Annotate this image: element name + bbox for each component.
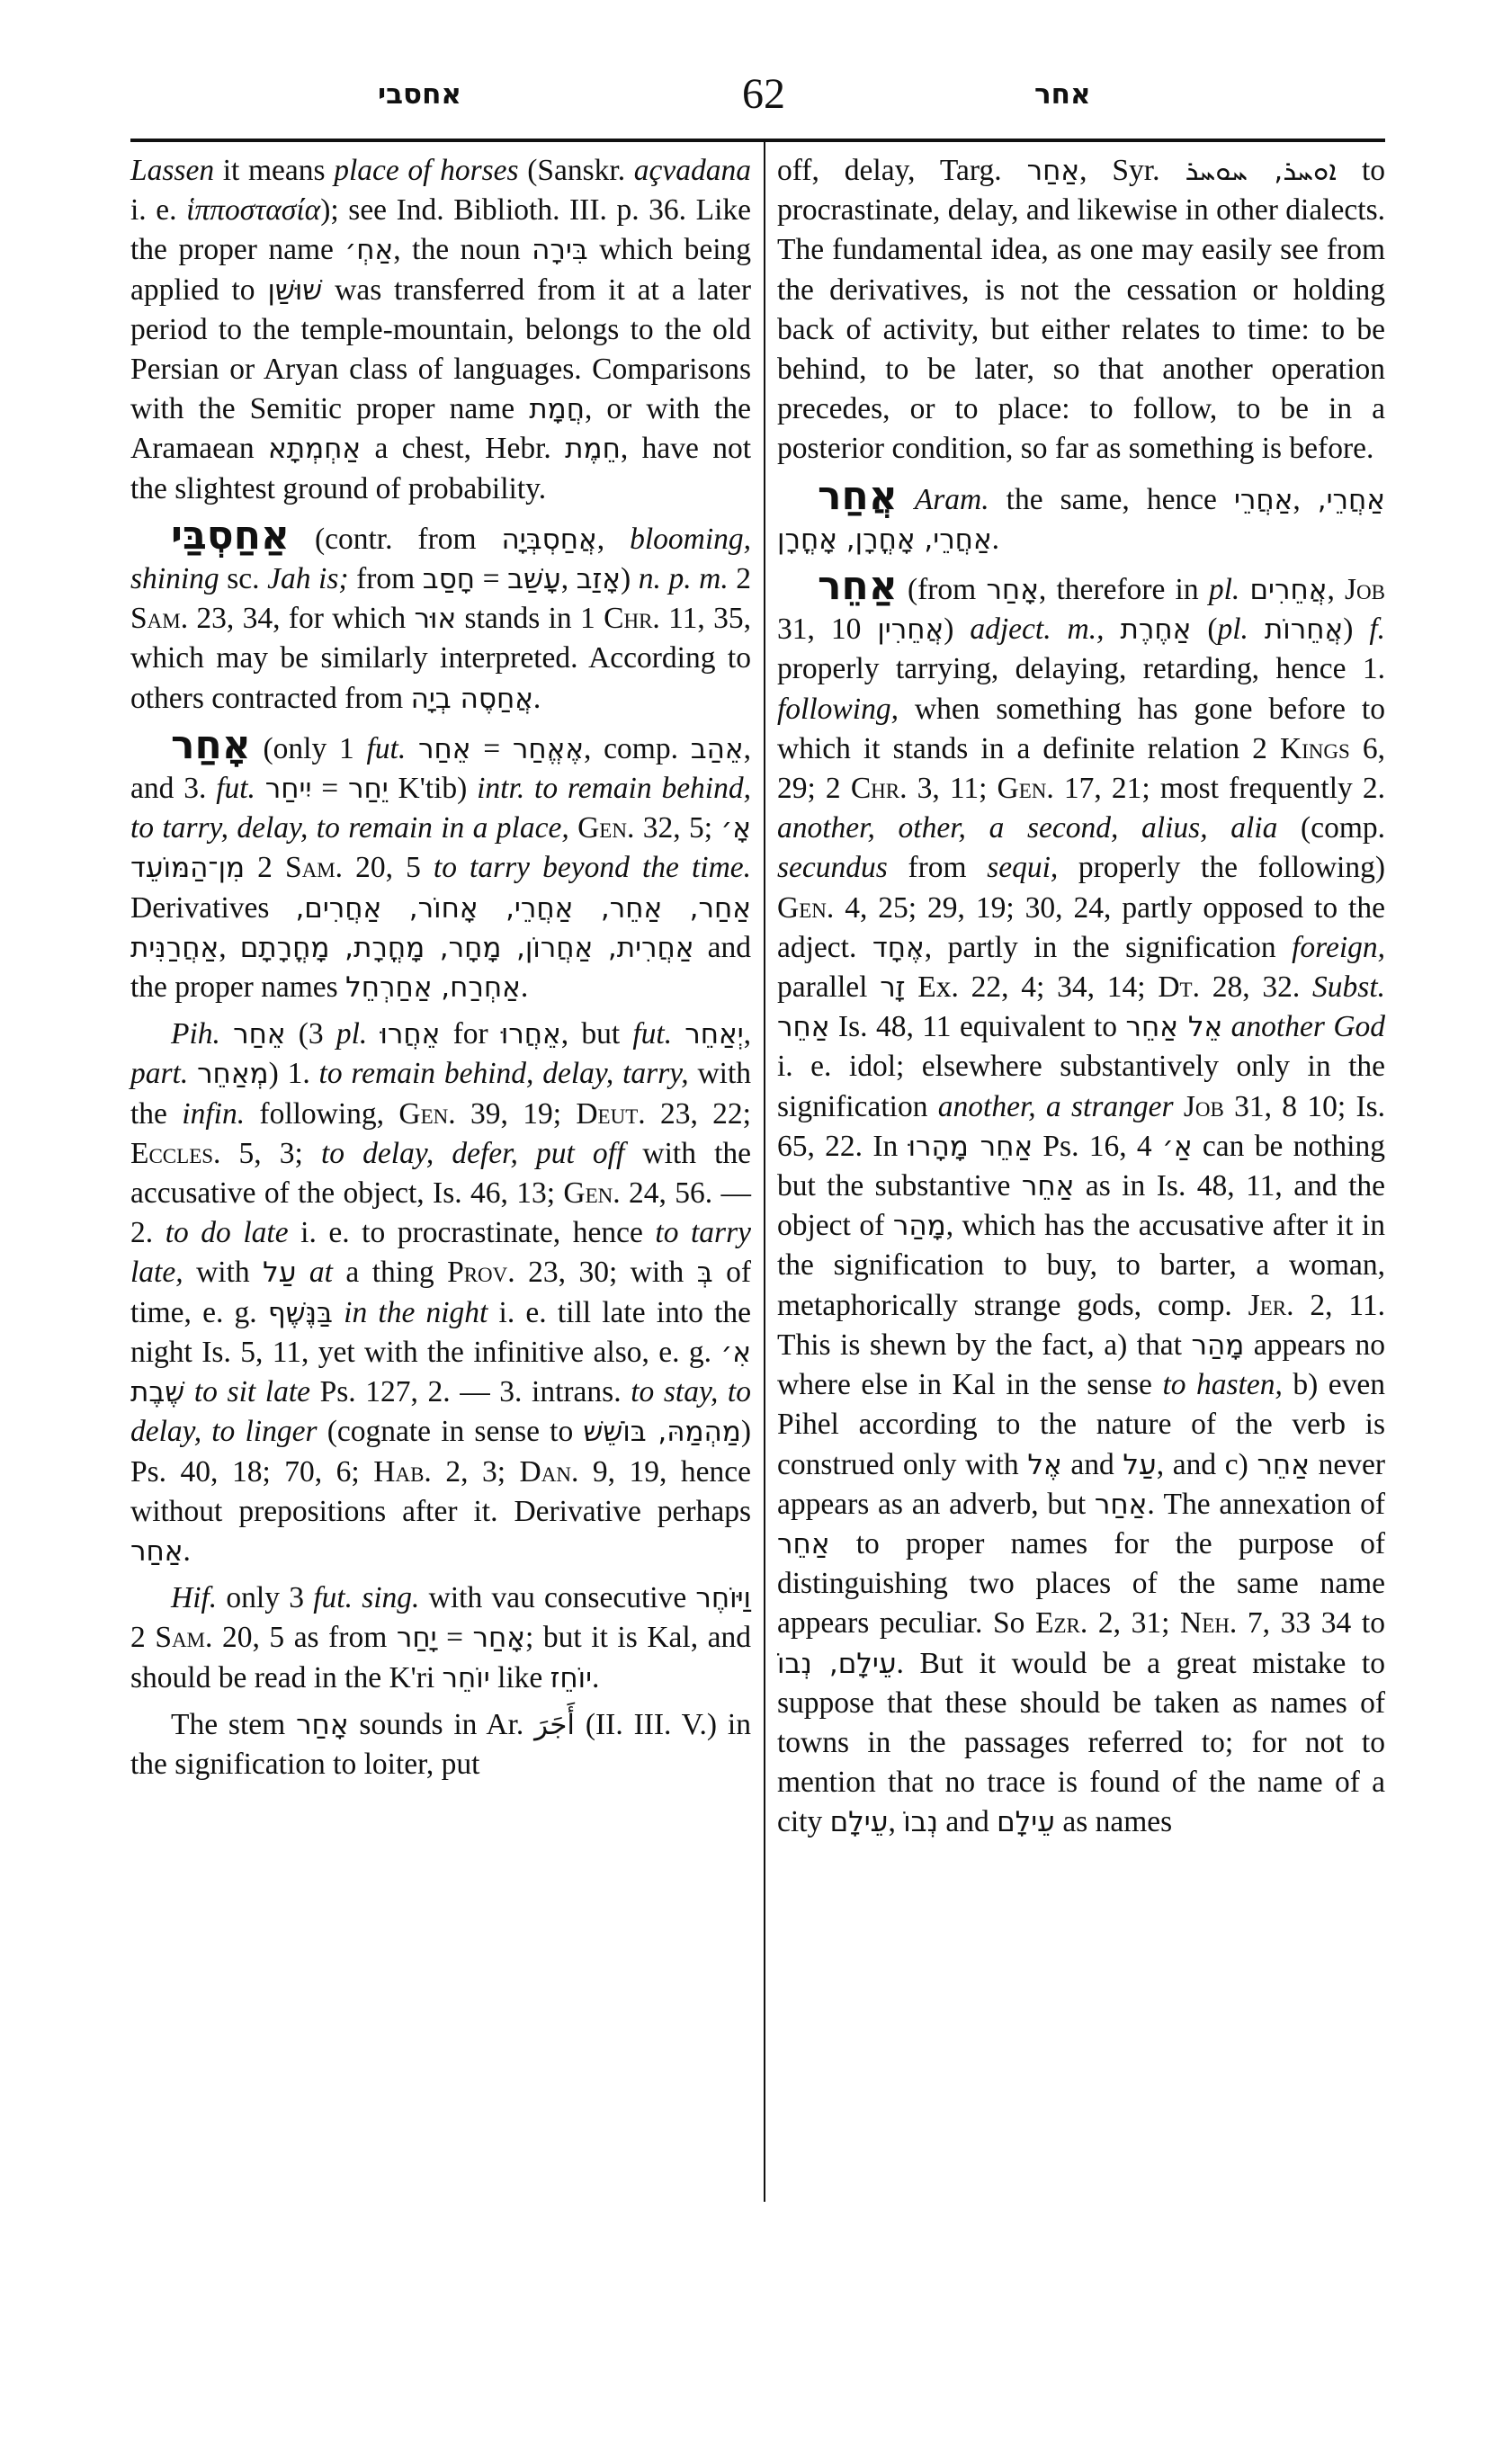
entry-paragraph: off, delay, Targ. אַחַר, Syr. ܐܘܚܪ, ܚܘܚܪ… <box>777 151 1385 469</box>
hebrew-word: עָשַׁב <box>507 563 561 595</box>
body-text: like <box>490 1661 550 1694</box>
hebrew-word: בְּ <box>697 1256 713 1289</box>
body-text <box>1248 612 1265 646</box>
hebrew-word: אֲחֵרוֹת <box>1265 613 1343 646</box>
body-text: 7, 33 34 to <box>1237 1606 1385 1640</box>
hebrew-word: אַ׳ <box>1162 1131 1193 1163</box>
body-text: i. e. to procrastinate, hence <box>289 1216 656 1249</box>
book-abbrev: Gen. <box>777 891 834 925</box>
body-text: parallel <box>777 970 880 1004</box>
body-text: with vau consecutive <box>419 1581 695 1614</box>
body-text <box>672 1017 684 1051</box>
hebrew-word: אַחֵר מָהָרוּ <box>908 1131 1033 1163</box>
body-text <box>898 483 915 516</box>
book-abbrev: Chr. <box>851 772 908 805</box>
hebrew-word: אֲחֵרִים <box>1249 574 1327 606</box>
body-text: , <box>744 1017 751 1051</box>
body-text: 31, 10 <box>777 612 877 646</box>
italic-text: Hif. <box>171 1581 217 1614</box>
body-text: (3 <box>286 1017 336 1051</box>
hebrew-word: וַיּוֹחֶר <box>695 1582 751 1614</box>
italic-text: Lassen <box>130 154 214 187</box>
entry-paragraph: אָחַר (only 1 fut. אֵחַר = אֶאֱחַר, comp… <box>130 726 751 1007</box>
body-text: , and c) <box>1157 1448 1257 1481</box>
hebrew-word: חֵמֶת <box>565 433 621 465</box>
hebrew-word: אֲחַסֶה בְיָה <box>411 683 533 715</box>
body-text: . <box>521 970 528 1004</box>
body-text: 32, 5; <box>634 811 720 845</box>
hebrew-word: אֲחֵרִין <box>877 613 944 646</box>
body-text: 2 <box>130 1621 155 1654</box>
hebrew-word: עֵילָם <box>997 1806 1055 1838</box>
hebrew-word: أَجَرَ <box>534 1709 575 1741</box>
body-text <box>220 1017 233 1051</box>
header-rule <box>130 139 1385 142</box>
book-abbrev: Sam. <box>130 602 188 635</box>
body-text: and <box>938 1805 997 1838</box>
body-text: , Syr. <box>1079 154 1185 187</box>
italic-text: adject. m., <box>970 612 1104 646</box>
body-text: i. e. <box>130 193 186 227</box>
hebrew-word: אַחֵר <box>777 1011 829 1043</box>
entry-paragraph: The stem אָחַר sounds in Ar. أَجَرَ (II.… <box>130 1705 751 1784</box>
body-text: 39, 19; <box>456 1097 577 1131</box>
book-abbrev: Sam. <box>155 1621 212 1654</box>
hebrew-word: ܐܘܚܪ, ܚܘܚܪ <box>1185 155 1337 187</box>
hebrew-word: אָחַר <box>986 574 1038 606</box>
hebrew-word: אַחְמְתָא <box>268 433 361 465</box>
book-abbrev: Jer. <box>1248 1289 1294 1322</box>
italic-text: fut. <box>632 1017 672 1051</box>
body-text: following, <box>245 1097 398 1131</box>
body-text: Derivatives <box>130 891 295 925</box>
body-text: from <box>349 562 423 595</box>
hebrew-word: יְאַחֵר <box>684 1018 743 1051</box>
italic-text: pl. <box>336 1017 367 1051</box>
body-text: = <box>475 562 507 595</box>
italic-text: to tarry beyond the time. <box>434 851 751 884</box>
body-text: . <box>592 1661 599 1694</box>
body-text: 20, 5 <box>343 851 434 884</box>
body-text: 2 <box>245 851 285 884</box>
body-text: 28, 32. <box>1200 970 1312 1004</box>
body-text: , the noun <box>393 233 532 266</box>
hebrew-word: אֶחָד <box>872 932 925 964</box>
hebrew-word: אֵל אַחֵר <box>1125 1011 1222 1043</box>
hebrew-word: אוּר <box>415 603 457 635</box>
italic-text: ἱπποστασία <box>186 193 320 227</box>
italic-text: secundus <box>777 851 888 884</box>
hebrew-word: יוֹחֵר <box>443 1662 490 1694</box>
body-text: 23, 34, for which <box>188 602 414 635</box>
italic-text: at <box>309 1256 333 1289</box>
hebrew-word: יָחַר <box>397 1622 437 1654</box>
hebrew-word: עֵילָם <box>830 1806 889 1838</box>
book-abbrev: Eccles. <box>130 1137 220 1170</box>
body-text: from <box>888 851 987 884</box>
book-abbrev: Dt. <box>1158 970 1200 1004</box>
body-text <box>569 811 577 845</box>
body-text: , comp. <box>584 732 691 765</box>
hebrew-word: מָהַר <box>1191 1329 1244 1362</box>
body-text: , <box>597 523 630 556</box>
book-abbrev: Job <box>1345 573 1385 606</box>
italic-text: Jah is; <box>267 562 348 595</box>
body-text: with <box>183 1256 263 1289</box>
body-text: ) <box>1343 612 1369 646</box>
book-abbrev: Ezr. <box>1035 1606 1087 1640</box>
body-text: properly tarrying, delaying, retarding, … <box>777 652 1385 685</box>
page-number: 62 <box>742 54 785 135</box>
italic-text: another God <box>1231 1010 1385 1043</box>
body-text: it means <box>214 154 334 187</box>
body-text: (Sanskr. <box>519 154 634 187</box>
italic-text: place of horses <box>334 154 518 187</box>
hebrew-word: אֵחֲרוּ <box>380 1018 440 1051</box>
body-text: sc. <box>219 562 267 595</box>
body-text: . <box>992 523 999 556</box>
body-text: ) <box>621 562 639 595</box>
body-text <box>188 1057 197 1090</box>
italic-text: sequi, <box>987 851 1058 884</box>
right-headword: אחר <box>1034 54 1091 135</box>
hebrew-word: יֵחַר <box>348 773 389 805</box>
hebrew-word: אַחֵר <box>777 1528 829 1560</box>
body-text <box>367 1017 380 1051</box>
italic-text: to delay, defer, put off <box>321 1137 624 1170</box>
body-text: . <box>183 1534 190 1568</box>
italic-text: pl. <box>1209 573 1239 606</box>
hebrew-word: אַחֵר <box>1022 1170 1074 1203</box>
italic-text: pl. <box>1217 612 1248 646</box>
hebrew-word: אַחֲרֵי <box>1234 484 1293 516</box>
hebrew-word: אַחְ׳ <box>344 234 393 266</box>
italic-text: foreign, <box>1292 931 1385 964</box>
hebrew-word: אֶאֱחַר <box>513 733 584 765</box>
hebrew-word: יִיחַר <box>265 773 312 805</box>
book-abbrev: Gen. <box>563 1176 620 1210</box>
body-text: , but <box>561 1017 633 1051</box>
body-text: = <box>470 732 512 765</box>
right-column: off, delay, Targ. אַחַר, Syr. ܐܘܚܪ, ܚܘܚܪ… <box>777 151 1385 1843</box>
body-text <box>255 772 265 805</box>
body-text: 2, 3; <box>432 1455 520 1489</box>
body-text <box>406 732 418 765</box>
body-text: 17, 21; most frequently 2. <box>1054 772 1385 805</box>
italic-text: to hasten, <box>1162 1368 1282 1401</box>
italic-text: açvadana <box>634 154 751 187</box>
body-text: Ex. 22, 4; 34, 14; <box>905 970 1158 1004</box>
italic-text: infin. <box>182 1097 245 1131</box>
italic-text: Pih. <box>171 1017 220 1051</box>
italic-text: to remain behind, delay, tarry, <box>319 1057 689 1090</box>
hebrew-word: חֲמָת <box>529 393 585 425</box>
entry-paragraph: אַחֵר (from אָחַר, therefore in pl. אֲחֵ… <box>777 567 1385 1843</box>
body-text: ) 1. <box>269 1057 319 1090</box>
hebrew-word: אֶל <box>1027 1449 1061 1481</box>
body-text: Ps. 127, 2. — 3. intrans. <box>310 1375 631 1408</box>
column-divider <box>764 142 765 2202</box>
italic-text: to do late <box>166 1216 289 1249</box>
entry-headword: אַחַסְבַּי <box>171 513 290 559</box>
book-abbrev: Gen. <box>398 1097 455 1131</box>
body-text: 23, 30; with <box>515 1256 697 1289</box>
entry-headword: אָחַר <box>171 722 251 768</box>
entry-headword: אַחֵר <box>818 563 898 609</box>
body-text: a chest, Hebr. <box>361 432 565 465</box>
body-text: , <box>1293 483 1317 516</box>
body-text: , <box>888 1805 903 1838</box>
book-abbrev: Gen. <box>998 772 1054 805</box>
body-text: K'tib) <box>389 772 477 805</box>
hebrew-word: אָזַב <box>577 563 621 595</box>
book-abbrev: Deut. <box>576 1097 645 1131</box>
book-abbrev: Sam. <box>285 851 343 884</box>
body-text: properly the following) <box>1058 851 1385 884</box>
body-text: to procrastinate, delay, and likewise in… <box>777 154 1385 465</box>
body-text: Is. 48, 11 equivalent to <box>829 1010 1125 1043</box>
book-abbrev: Hab. <box>373 1455 432 1489</box>
book-abbrev: Chr. <box>604 602 660 635</box>
body-text <box>1222 1010 1230 1043</box>
body-text: stands in 1 <box>456 602 604 635</box>
body-text: for <box>440 1017 500 1051</box>
entry-paragraph: Lassen it means place of horses (Sanskr.… <box>130 151 751 509</box>
hebrew-word: חָסַב <box>423 563 475 595</box>
body-text: only 3 <box>217 1581 313 1614</box>
hebrew-word: אָחַר <box>473 1622 525 1654</box>
body-text: ) <box>944 612 970 646</box>
hebrew-word: עַל <box>1123 1449 1156 1481</box>
hebrew-word: שׁוּשַׁן <box>267 274 322 307</box>
hebrew-word: עֵילָם, נְבוֹ <box>777 1648 897 1680</box>
body-text: sounds in Ar. <box>349 1708 535 1741</box>
italic-text: fut. sing. <box>313 1581 419 1614</box>
italic-text: fut. <box>366 732 406 765</box>
body-text: (contr. from <box>290 523 502 556</box>
body-text: , <box>561 562 577 595</box>
book-abbrev: Dan. <box>520 1455 579 1489</box>
hebrew-word: אַחַר <box>130 1535 183 1568</box>
hebrew-word: אַחֶרֶת <box>1120 613 1191 646</box>
hebrew-word: בַּנֶּשֶׁף <box>268 1297 333 1329</box>
italic-text: another, a stranger <box>938 1090 1174 1123</box>
hebrew-word: זָר <box>880 971 905 1004</box>
italic-text: f. <box>1369 612 1385 646</box>
hebrew-word: אֵחַר <box>418 733 470 765</box>
body-text <box>296 1256 309 1289</box>
italic-text: part. <box>130 1057 188 1090</box>
body-text: = <box>437 1621 473 1654</box>
body-text: Ps. 16, 4 <box>1033 1130 1162 1163</box>
italic-text: fut. <box>216 772 255 805</box>
body-text: , <box>219 931 240 964</box>
hebrew-word: מַהְמַהּ, בּוֹשֵׁשׁ <box>583 1416 740 1448</box>
body-text: off, delay, Targ. <box>777 154 1027 187</box>
body-text: (from <box>898 573 987 606</box>
body-text: the same, hence <box>989 483 1234 516</box>
body-text: 23, 22; <box>646 1097 751 1131</box>
book-abbrev: Neh. <box>1180 1606 1237 1640</box>
body-text <box>1105 612 1121 646</box>
hebrew-word: בִּירָה <box>532 234 588 266</box>
entry-paragraph: אֲחַר Aram. the same, hence אַחֲרֵי, אַח… <box>777 477 1385 559</box>
entry-paragraph: Hif. only 3 fut. sing. with vau consecut… <box>130 1578 751 1698</box>
italic-text: another, other, a second, alius, alia <box>777 811 1277 845</box>
body-text: ( <box>1191 612 1217 646</box>
hebrew-word: אָחַר <box>296 1709 348 1741</box>
body-text: , partly in the signification <box>925 931 1292 964</box>
body-text: (cognate in sense to <box>318 1415 584 1448</box>
body-text <box>333 1296 344 1329</box>
body-text: as names <box>1055 1805 1172 1838</box>
body-text: . The annexation of <box>1147 1488 1385 1521</box>
left-column: Lassen it means place of horses (Sanskr.… <box>130 151 751 1784</box>
body-text: 3, 11; <box>907 772 997 805</box>
book-abbrev: Gen. <box>577 811 634 845</box>
book-abbrev: Job <box>1184 1090 1224 1123</box>
body-text: a thing <box>333 1256 447 1289</box>
book-abbrev: Kings <box>1280 732 1350 765</box>
hebrew-word: אֵחֲרוּ <box>501 1018 561 1051</box>
body-text: 20, 5 as from <box>212 1621 396 1654</box>
body-text: 5, 3; <box>220 1137 321 1170</box>
italic-text: in the night <box>344 1296 488 1329</box>
body-text <box>1174 1090 1184 1123</box>
hebrew-word: אַחַר <box>1027 155 1079 187</box>
entry-paragraph: אַחַסְבַּי (contr. from אֲחַסְבְּיָה, bl… <box>130 516 751 719</box>
hebrew-word: נְבוֹ <box>903 1806 938 1838</box>
body-text: (comp. <box>1277 811 1385 845</box>
hebrew-word: אַחֲרִית, אַחֲרוֹן, מָחָר, מָחֳרָת, מָחֳ… <box>240 932 694 964</box>
hebrew-word: אֲחַסְבְּיָה <box>502 523 597 556</box>
left-headword: אחסבי <box>378 54 461 135</box>
book-abbrev: Prov. <box>447 1256 515 1289</box>
running-header: אחסבי 62 אחר <box>130 54 1385 135</box>
body-text: = <box>311 772 348 805</box>
entry-headword: אֲחַר <box>818 473 898 519</box>
hebrew-word: אֵחַר <box>233 1018 285 1051</box>
body-text: and <box>1062 1448 1123 1481</box>
hebrew-word: אֵהַב <box>691 733 744 765</box>
body-text <box>1239 573 1249 606</box>
hebrew-word: עַל <box>263 1256 296 1289</box>
italic-text: following, <box>777 693 899 726</box>
body-text: . <box>533 682 541 715</box>
body-text: , <box>1327 573 1345 606</box>
body-text <box>184 1375 194 1408</box>
italic-text: n. p. m. <box>639 562 729 595</box>
body-text: (only 1 <box>251 732 367 765</box>
hebrew-word: אַחַר <box>1095 1489 1147 1521</box>
body-text: The stem <box>171 1708 296 1741</box>
hebrew-word: מָהַר <box>893 1210 946 1242</box>
body-text: 2 <box>729 562 751 595</box>
italic-text: Subst. <box>1312 970 1385 1004</box>
hebrew-word: אַחְרַח, אַחַרְחֵל <box>345 971 521 1004</box>
entry-paragraph: Pih. אֵחַר (3 pl. אֵחֲרוּ for אֵחֲרוּ, b… <box>130 1015 751 1571</box>
italic-text: Aram. <box>915 483 989 516</box>
body-text: , therefore in <box>1039 573 1209 606</box>
hebrew-word: מְאַחֵר <box>197 1058 269 1090</box>
italic-text: to sit late <box>194 1375 310 1408</box>
hebrew-word: יוֹחֵז <box>550 1662 592 1694</box>
body-text: 2, 31; <box>1087 1606 1180 1640</box>
hebrew-word: אַחֵר <box>1257 1449 1309 1481</box>
